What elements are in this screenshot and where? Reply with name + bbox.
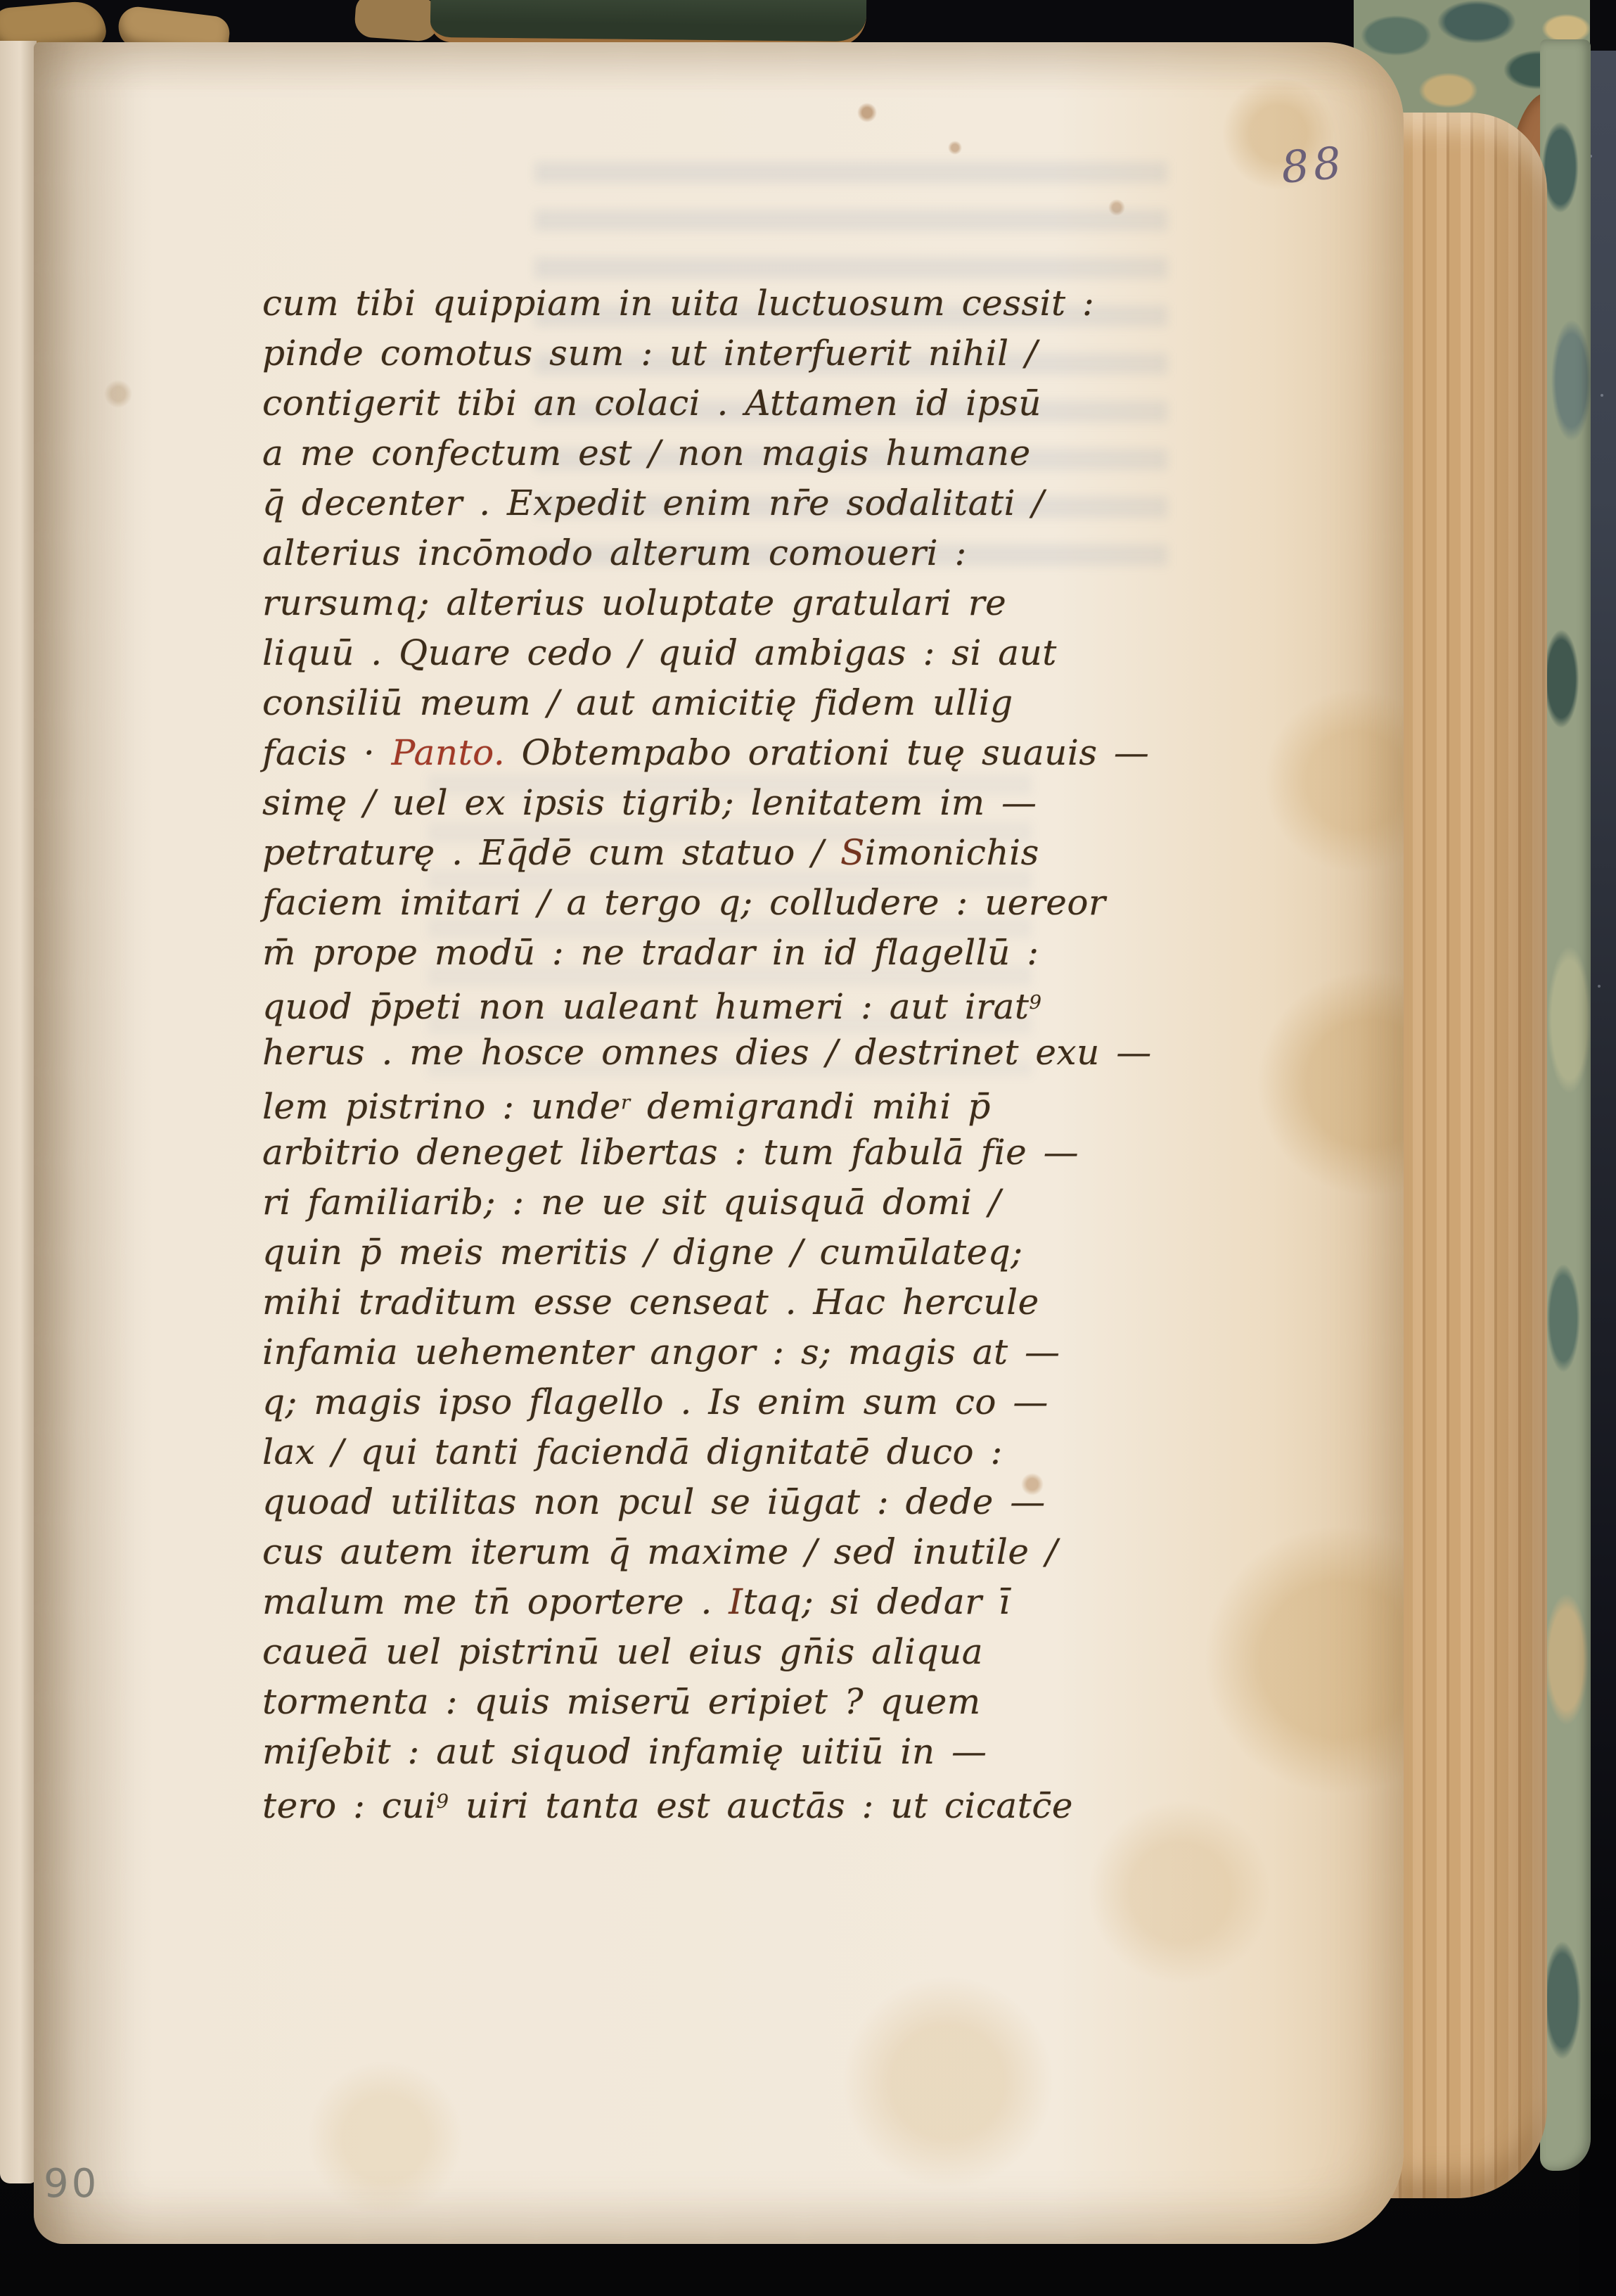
manuscript-line: simę / uel ex ipsis tigrib; lenitatem im… [262,778,1152,828]
manuscript-line: quod p̄peti non ualeant humeri : aut ira… [262,978,1152,1028]
manuscript-lines: cum tibi quippiam in uita luctuosum cess… [262,279,1152,1827]
manuscript-line: tero : cui9 uiri tanta est auctās : ut c… [262,1777,1152,1827]
manuscript-line: petraturę . Eq̄dē cum statuo / Simonichi… [262,828,1152,878]
manuscript-page: 88 cum tibi quippiam in uita luctuosum c… [34,42,1404,2244]
manuscript-photo: 88 cum tibi quippiam in uita luctuosum c… [0,0,1616,2296]
folio-number: 88 [1279,136,1347,193]
previous-leaf-edge [0,41,37,2183]
manuscript-line: malum me tn̄ oportere . Itaq; si dedar ī [262,1577,1152,1627]
page-stack-fore-edge [1389,113,1547,2198]
manuscript-line: cus autem iterum q̄ maxime / sed inutile… [262,1527,1152,1577]
manuscript-line: q; magis ipso flagello . Is enim sum co … [262,1377,1152,1427]
manuscript-line: mihi traditum esse censeat . Hac hercule [262,1277,1152,1327]
manuscript-line: q̄ decenter . Expedit enim nr̄e sodalita… [262,478,1152,528]
manuscript-line: consiliū meum / aut amicitię fidem ullig [262,678,1152,728]
gutter-shadow [34,42,153,2244]
manuscript-line: caueā uel pistrinū uel eius gn̄is aliqua [262,1627,1152,1677]
manuscript-line: liquū . Quare cedo / quid ambigas : si a… [262,628,1152,678]
manuscript-line: miſebit : aut siquod infamię uitiū in — [262,1727,1152,1777]
manuscript-line: m̄ prope modū : ne tradar in id flagellū… [262,928,1152,978]
manuscript-line: herus . me hosce omnes dies / destrinet … [262,1028,1152,1078]
manuscript-line: infamia uehementer angor : s; magis at — [262,1327,1152,1377]
manuscript-line: cum tibi quippiam in uita luctuosum cess… [262,279,1152,329]
pencil-foliation: 90 [44,2161,99,2207]
spine-leather-remnant [430,0,867,46]
manuscript-line: faciem imitari / a tergo q; colludere : … [262,878,1152,928]
manuscript-line: alterius incōmodo alterum comoueri : [262,528,1152,578]
manuscript-line: quin p̄ meis meritis / digne / cumūlateq… [262,1227,1152,1277]
manuscript-line: tormenta : quis miserū eripiet ? quem [262,1677,1152,1727]
manuscript-line: contigerit tibi an colaci . Attamen id i… [262,378,1152,428]
manuscript-line: facis · Panto. Obtempabo orationi tuę su… [262,728,1152,778]
headband-fragment [354,0,441,42]
manuscript-line: quoad utilitas non pcul se iūgat : dede … [262,1477,1152,1527]
manuscript-line: arbitrio deneget libertas : tum fabulā f… [262,1128,1152,1178]
backdrop-speck [1598,985,1601,988]
manuscript-line: a me confectum est / non magis humane [262,428,1152,478]
backdrop-speck [1601,394,1603,397]
marbled-board-edge [1540,39,1591,2171]
manuscript-line: rursumq; alterius uoluptate gratulari re [262,578,1152,628]
manuscript-line: lax / qui tanti faciendā dignitatē duco … [262,1427,1152,1477]
manuscript-line: lem pistrino : under demigrandi mihi p̄ [262,1078,1152,1128]
manuscript-line: ri familiarib; : ne ue sit quisquā domi … [262,1178,1152,1227]
manuscript-line: pinde comotus sum : ut interfuerit nihil… [262,329,1152,378]
